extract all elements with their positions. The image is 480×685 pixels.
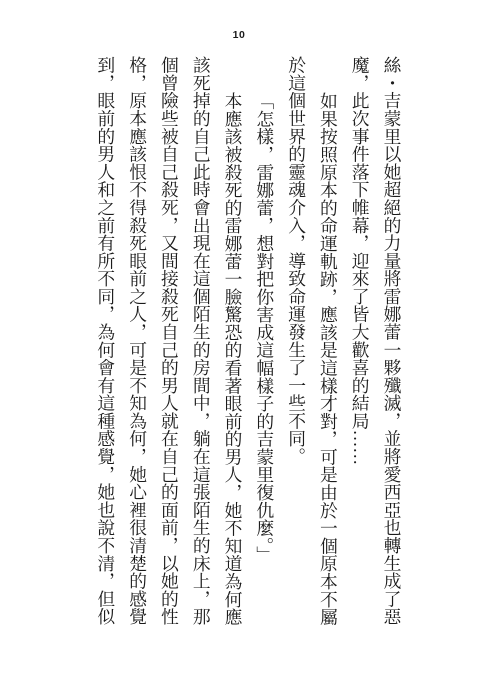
paragraph: 絲・吉蒙里以她超絕的力量將雷娜蕾一夥殲滅，並將愛西亞也轉生成了惡魔，此次事件落下… [343, 56, 407, 627]
paragraph: 本應該被殺死的雷娜蕾一臉驚恐的看著眼前的男人，她不知道為何應該死掉的自己此時會出… [89, 56, 248, 627]
paragraph: 如果按照原本的命運軌跡，應該是這樣才對，可是由於一個原本不屬於這個世界的靈魂介入… [280, 56, 344, 627]
reading-area[interactable]: 絲・吉蒙里以她超絕的力量將雷娜蕾一夥殲滅，並將愛西亞也轉生成了惡魔，此次事件落下… [85, 56, 407, 627]
page-number: 10 [0, 29, 478, 41]
book-page: 10 絲・吉蒙里以她超絕的力量將雷娜蕾一夥殲滅，並將愛西亞也轉生成了惡魔，此次事… [0, 0, 480, 685]
paragraph: 「怎樣，雷娜蕾，想對把你害成這幅樣子的吉蒙里復仇麼。」 [248, 56, 280, 627]
